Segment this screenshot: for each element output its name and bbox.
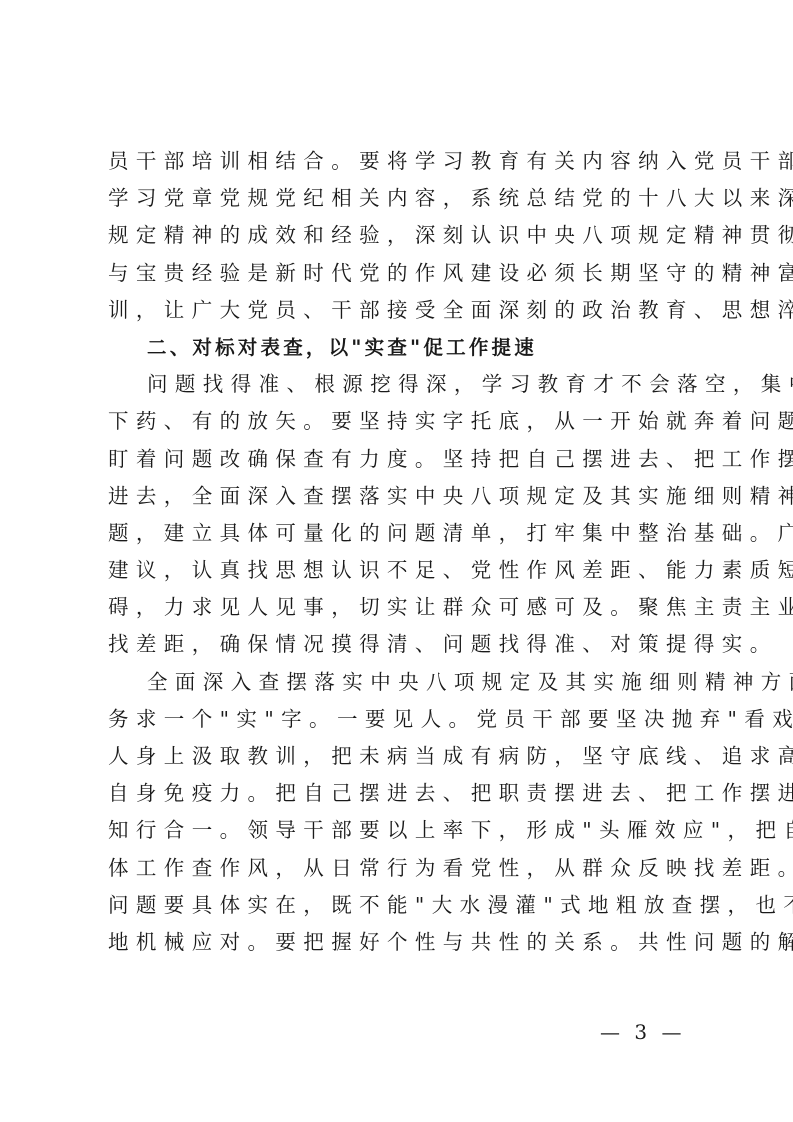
text-line: 训，让广大党员、干部接受全面深刻的政治教育、思想淬炼、精神洗礼。 [108, 292, 698, 329]
page-number: — 3 — [600, 1020, 685, 1044]
text-line: 进去，全面深入查摆落实中央八项规定及其实施细则精神方面存在的问 [108, 478, 698, 515]
document-body: 员干部培训相结合。要将学习教育有关内容纳入党员干部教育培训计划， 学习党章党规党… [108, 143, 698, 961]
text-line: 学习党章党规党纪相关内容，系统总结党的十八大以来深入贯彻中央八项 [108, 180, 698, 217]
text-line: 找差距，确保情况摸得清、问题找得准、对策提得实。 [108, 626, 698, 663]
paragraph-start-line: 问题找得准、根源挖得深，学习教育才不会落空，集中整治才能对症 [108, 366, 698, 403]
text-line: 问题要具体实在，既不能"大水漫灌"式地粗放查摆，也不能"刻舟求剑"式 [108, 887, 698, 924]
text-line: 盯着问题改确保查有力度。坚持把自己摆进去、把工作摆进去、把职责摆 [108, 441, 698, 478]
text-line: 务求一个"实"字。一要见人。党员干部要坚决抛弃"看戏"心态，真正从别 [108, 701, 698, 738]
text-line: 下药、有的放矢。要坚持实字托底，从一开始就奔着问题去、带着问题学、 [108, 403, 698, 440]
text-line: 员干部培训相结合。要将学习教育有关内容纳入党员干部教育培训计划， [108, 143, 698, 180]
text-line: 碍，力求见人见事，切实让群众可感可及。聚焦主责主业，围绕重点工作 [108, 589, 698, 626]
section-heading: 二、对标对表查，以"实查"促工作提速 [108, 329, 698, 366]
text-line: 题，建立具体可量化的问题清单，打牢集中整治基础。广泛征求各方意见 [108, 515, 698, 552]
text-line: 建议，认真找思想认识不足、党性作风差距、能力素质短板、体制机制障 [108, 552, 698, 589]
text-line: 知行合一。领导干部要以上率下，形成"头雁效应"，把自己摆进去，从具 [108, 812, 698, 849]
document-page: 员干部培训相结合。要将学习教育有关内容纳入党员干部教育培训计划， 学习党章党规党… [0, 0, 793, 1122]
text-line: 规定精神的成效和经验，深刻认识中央八项规定精神贯彻实施的显著成效 [108, 217, 698, 254]
text-line: 自身免疫力。把自己摆进去、把职责摆进去、把工作摆进去，学思结合、 [108, 775, 698, 812]
text-line: 与宝贵经验是新时代党的作风建设必须长期坚守的精神富矿。通过系统培 [108, 255, 698, 292]
paragraph-start-line: 全面深入查摆落实中央八项规定及其实施细则精神方面存在的问题， [108, 664, 698, 701]
text-line: 体工作查作风，从日常行为看党性，从群众反映找差距。二要见事。查摆 [108, 850, 698, 887]
text-line: 人身上汲取教训，把未病当成有病防，坚守底线、追求高标准，不断提高 [108, 738, 698, 775]
text-line: 地机械应对。要把握好个性与共性的关系。共性问题的解决为个性问题治 [108, 924, 698, 961]
